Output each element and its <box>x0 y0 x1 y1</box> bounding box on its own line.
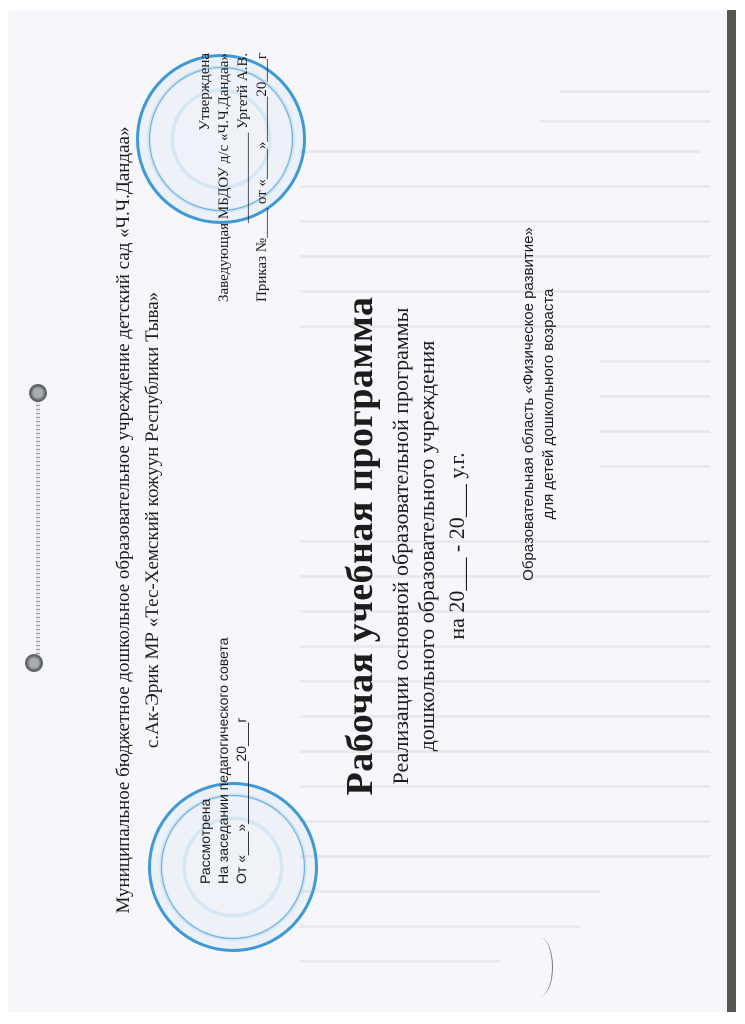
rotated-page-content: Муниципальное бюджетное дошкольное образ… <box>0 0 745 1024</box>
council-date-field: От «___»________20___г <box>232 638 250 884</box>
academic-years: на 20___ - 20___ у.г. <box>444 452 470 639</box>
approved-label: Утверждена <box>196 53 215 302</box>
approved-block: Утверждена Заведующая МБДОУ д/с «Ч.Ч.Дан… <box>196 53 272 302</box>
educational-area: Образовательная область «Физическое разв… <box>520 227 537 581</box>
council-meeting-label: На заседании педагогического совета <box>214 638 232 884</box>
document-title: Рабочая учебная программа <box>338 297 382 796</box>
considered-label: Рассмотрена <box>196 638 214 884</box>
institution-location: с.Ак-Эрик МР «Тес-Хемский кожуун Республ… <box>142 292 164 748</box>
institution-name: Муниципальное бюджетное дошкольное образ… <box>113 127 135 914</box>
order-number-field: Приказ №____ от «____»______20___г <box>253 53 272 302</box>
head-of-school-label: Заведующая МБДОУ д/с «Ч.Ч.Дандаа» <box>215 53 234 302</box>
target-age-group: для детей дошкольного возраста <box>540 289 557 520</box>
subtitle-line-1: Реализации основной образовательной прог… <box>388 308 414 785</box>
considered-block: Рассмотрена На заседании педагогического… <box>196 638 250 884</box>
subtitle-line-2: дошкольного образовательного учреждения <box>414 341 440 752</box>
head-signature-field: ____________ Ургетй А.В. <box>234 53 253 302</box>
